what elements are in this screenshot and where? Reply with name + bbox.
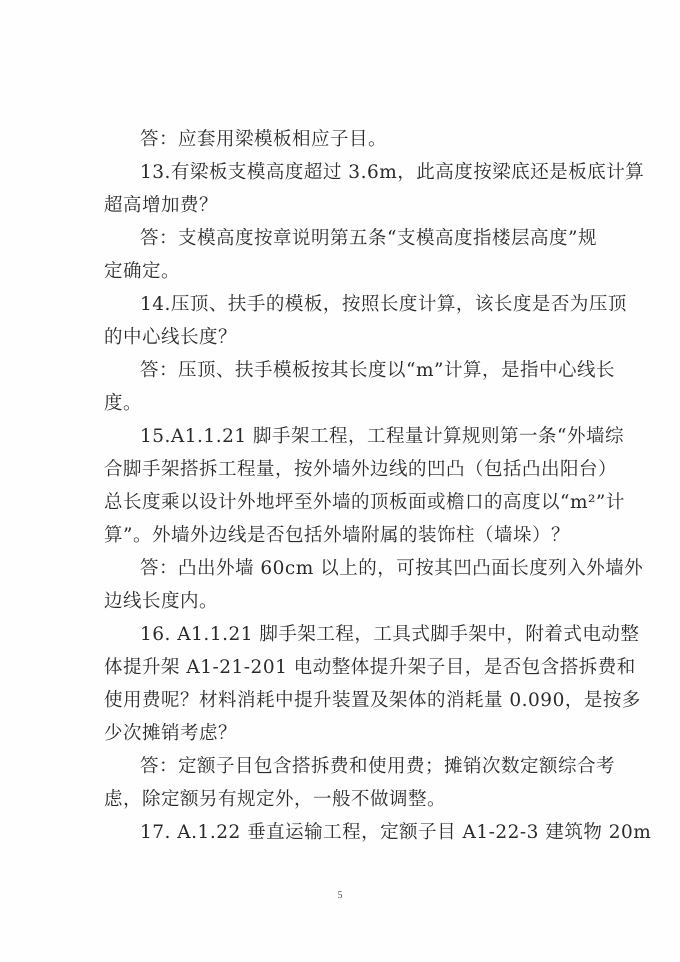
question-16-line-1: 16. A1.1.21 脚手架工程，工具式脚手架中，附着式电动整 bbox=[140, 619, 597, 651]
question-13-line-1: 13.有梁板支模高度超过 3.6m，此高度按梁底还是板底计算 bbox=[140, 157, 597, 189]
question-16-line-3: 使用费呢？材料消耗中提升装置及架体的消耗量 0.090，是按多 bbox=[104, 685, 597, 717]
question-13-line-2: 超高增加费？ bbox=[104, 190, 597, 222]
question-15-line-1: 15.A1.1.21 脚手架工程，工程量计算规则第一条“外墙综 bbox=[140, 421, 597, 453]
question-15-line-3: 总长度乘以设计外地坪至外墙的顶板面或檐口的高度以“m²”计 bbox=[104, 487, 597, 519]
page-number: 5 bbox=[0, 890, 680, 901]
answer-13-line-1: 答：支模高度按章说明第五条“支模高度指楼层高度”规 bbox=[140, 223, 597, 255]
answer-14-line-2: 度。 bbox=[104, 388, 597, 420]
question-17-line-1: 17. A.1.22 垂直运输工程，定额子目 A1-22-3 建筑物 20m bbox=[140, 817, 597, 849]
document-page: 答：应套用梁模板相应子目。 13.有梁板支模高度超过 3.6m，此高度按梁底还是… bbox=[0, 0, 680, 962]
question-16-line-4: 少次摊销考虑？ bbox=[104, 718, 597, 750]
answer-15-line-1: 答：凸出外墙 60cm 以上的，可按其凹凸面长度列入外墙外 bbox=[140, 553, 597, 585]
answer-12-line-1: 答：应套用梁模板相应子目。 bbox=[140, 124, 597, 156]
answer-15-line-2: 边线长度内。 bbox=[104, 586, 597, 618]
question-15-line-2: 合脚手架搭拆工程量，按外墙外边线的凹凸（包括凸出阳台） bbox=[104, 454, 597, 486]
question-14-line-2: 的中心线长度？ bbox=[104, 322, 597, 354]
question-16-line-2: 体提升架 A1-21-201 电动整体提升架子目，是否包含搭拆费和 bbox=[104, 652, 597, 684]
question-15-line-4: 算”。外墙外边线是否包括外墙附属的装饰柱（墙垛）？ bbox=[104, 520, 597, 552]
answer-16-line-2: 虑，除定额另有规定外，一般不做调整。 bbox=[104, 784, 597, 816]
answer-14-line-1: 答：压顶、扶手模板按其长度以“m”计算，是指中心线长 bbox=[140, 355, 597, 387]
answer-16-line-1: 答：定额子目包含搭拆费和使用费；摊销次数定额综合考 bbox=[140, 751, 597, 783]
answer-13-line-2: 定确定。 bbox=[104, 256, 597, 288]
question-14-line-1: 14.压顶、扶手的模板，按照长度计算，该长度是否为压顶 bbox=[140, 289, 597, 321]
